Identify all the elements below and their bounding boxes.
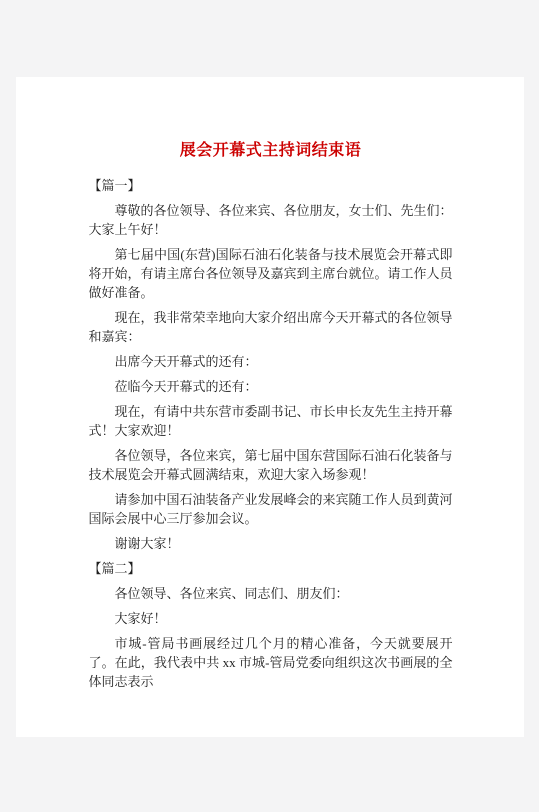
paragraph: 市城-管局书画展经过几个月的精心准备，今天就要展开了。在此，我代表中共 xx 市… [89, 634, 453, 691]
paragraph: 出席今天开幕式的还有： [89, 352, 453, 371]
paragraph: 各位领导、各位来宾、同志们、朋友们： [89, 584, 453, 603]
paragraph: 各位领导，各位来宾，第七届中国东营国际石油石化装备与技术展览会开幕式圆满结束，欢… [89, 446, 453, 484]
page-background: { "page": { "background_color": "#f4f4f5… [0, 0, 539, 812]
paragraph: 第七届中国(东营)国际石油石化装备与技术展览会开幕式即将开始，有请主席台各位领导… [89, 245, 453, 302]
document-sheet: 展会开幕式主持词结束语 【篇一】尊敬的各位领导、各位来宾、各位朋友，女士们、先生… [16, 77, 524, 737]
paragraph: 莅临今天开幕式的还有： [89, 377, 453, 396]
page-title: 展会开幕式主持词结束语 [89, 140, 453, 162]
paragraph: 尊敬的各位领导、各位来宾、各位朋友，女士们、先生们：大家上午好！ [89, 201, 453, 239]
paragraph: 谢谢大家！ [89, 534, 453, 553]
paragraph: 现在，有请中共东营市委副书记、市长申长友先生主持开幕式！大家欢迎！ [89, 402, 453, 440]
paragraph: 现在，我非常荣幸地向大家介绍出席今天开幕式的各位领导和嘉宾： [89, 308, 453, 346]
section-label: 【篇二】 [89, 559, 453, 578]
paragraph: 请参加中国石油装备产业发展峰会的来宾随工作人员到黄河国际会展中心三厅参加会议。 [89, 490, 453, 528]
paragraph: 大家好！ [89, 609, 453, 628]
section-label: 【篇一】 [89, 176, 453, 195]
document-body: 【篇一】尊敬的各位领导、各位来宾、各位朋友，女士们、先生们：大家上午好！第七届中… [89, 176, 453, 691]
